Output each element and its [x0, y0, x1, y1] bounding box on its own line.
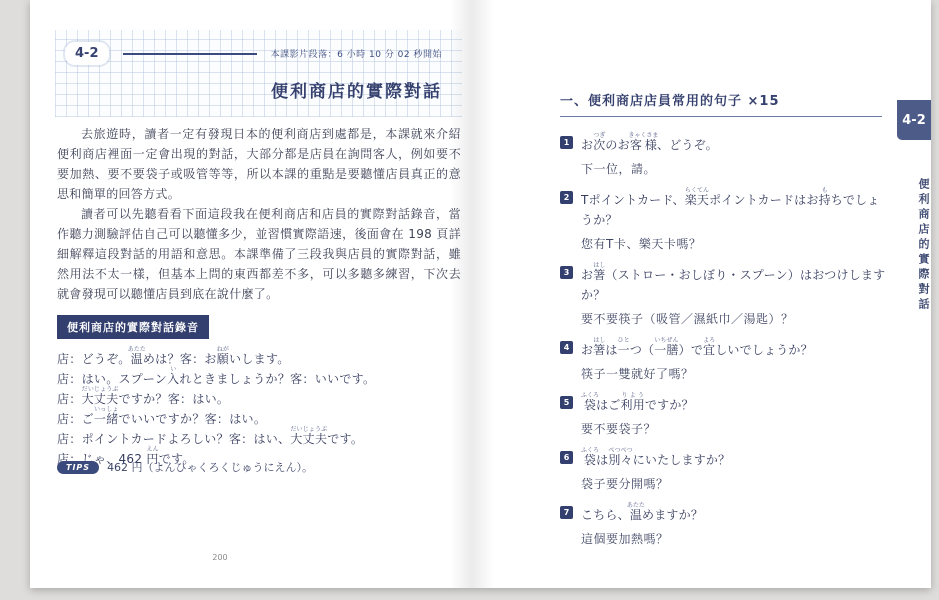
japanese-sentence: 袋ふくろは別々べつべつにいたしますか？ — [581, 447, 730, 470]
lesson-header: 4-2 本課影片段落：6 小時 10 分 02 秒開始 便利商店的實際對話 — [55, 30, 462, 117]
item-number-badge: 4 — [560, 341, 573, 354]
phrase-item: 1 お次つぎのお客様きゃくさま、どうぞ。 下一位，請。 — [560, 132, 890, 178]
phrase-item: 2 Tポイントカード、楽天らくてんポイントカードはお持もちでしょうか？ 您有T卡… — [560, 187, 890, 253]
chinese-translation: 要不要筷子（吸管／濕紙巾／湯匙）？ — [560, 311, 890, 328]
dialogue-line: 店：大丈夫だいじょうぶですか？客：はい。 — [57, 386, 461, 406]
chinese-translation: 筷子一雙就好了嗎？ — [560, 366, 890, 383]
item-number-badge: 3 — [560, 266, 573, 279]
header-divider-line — [123, 53, 257, 55]
phrase-item: 5 袋ふくろはご利用りようですか？ 要不要袋子？ — [560, 392, 890, 438]
dialogue-transcript: 店：どうぞ。温あたためは？客：お願ねがいします。 店：はい。スプーン入いれときま… — [57, 346, 461, 466]
intro-paragraph-2: 讀者可以先聽看看下面這段我在便利商店和店員的實際對話錄音，當作聽力測驗評估自己可… — [57, 204, 461, 304]
item-number-badge: 6 — [560, 451, 573, 464]
phrase-item: 7 こちら、温あたためますか？ 這個要加熱嗎？ — [560, 502, 890, 548]
item-number-badge: 7 — [560, 506, 573, 519]
video-segment-caption: 本課影片段落：6 小時 10 分 02 秒開始 — [271, 47, 442, 60]
page-number-left: 200 — [200, 553, 240, 562]
phrase-item: 6 袋ふくろは別々べつべつにいたしますか？ 袋子要分開嗎？ — [560, 447, 890, 493]
chinese-translation: 下一位，請。 — [560, 161, 890, 178]
phrase-item: 3 お箸はし（ストロー・おしぼり・スプーン）はおつけしますか？ 要不要筷子（吸管… — [560, 262, 890, 328]
japanese-sentence: 袋ふくろはご利用りようですか？ — [581, 392, 694, 415]
japanese-sentence: お箸はし（ストロー・おしぼり・スプーン）はおつけしますか？ — [581, 262, 890, 305]
japanese-sentence: Tポイントカード、楽天らくてんポイントカードはお持もちでしょうか？ — [581, 187, 890, 230]
intro-text: 去旅遊時，讀者一定有發現日本的便利商店到處都是，本課就來介紹便利商店裡面一定會出… — [57, 124, 461, 304]
item-number-badge: 2 — [560, 191, 573, 204]
japanese-sentence: こちら、温あたためますか？ — [581, 502, 703, 525]
item-number-badge: 1 — [560, 136, 573, 149]
dialogue-line: 店：ご一緒いっしょでいいですか？客：はい。 — [57, 406, 461, 426]
lesson-number-badge: 4-2 — [65, 42, 109, 65]
book-spread-photo: 4-2 本課影片段落：6 小時 10 分 02 秒開始 便利商店的實際對話 去旅… — [0, 0, 939, 600]
chapter-tab-badge: 4-2 — [897, 100, 931, 140]
japanese-sentence: お箸はしは一ひとつ（一膳いちぜん）で宜よろしいでしょうか？ — [581, 337, 813, 360]
chinese-translation: 您有T卡、樂天卡嗎？ — [560, 236, 890, 253]
phrase-list-heading: 一、便利商店店員常用的句子 ×15 — [560, 90, 882, 117]
lesson-title: 便利商店的實際對話 — [55, 77, 462, 102]
phrase-item: 4 お箸はしは一ひとつ（一膳いちぜん）で宜よろしいでしょうか？ 筷子一雙就好了嗎… — [560, 337, 890, 383]
tips-text: 462 円（よんひゃくろくじゅうにえん）。 — [107, 459, 313, 475]
tips-note: TIPS 462 円（よんひゃくろくじゅうにえん）。 — [57, 459, 313, 475]
dialogue-line: 店：はい。スプーン入いれときましょうか？客：いいです。 — [57, 366, 461, 386]
dialogue-line: 店：ポイントカードよろしい？客：はい、大丈夫だいじょうぶです。 — [57, 426, 461, 446]
dialogue-line: 店：どうぞ。温あたためは？客：お願ねがいします。 — [57, 346, 461, 366]
chapter-tab-title: 便利商店的實際對話 — [897, 150, 931, 340]
japanese-sentence: お次つぎのお客様きゃくさま、どうぞ。 — [581, 132, 718, 155]
intro-paragraph-1: 去旅遊時，讀者一定有發現日本的便利商店到處都是，本課就來介紹便利商店裡面一定會出… — [57, 124, 461, 204]
phrase-list: 1 お次つぎのお客様きゃくさま、どうぞ。 下一位，請。 2 Tポイントカード、楽… — [560, 132, 890, 557]
chinese-translation: 這個要加熱嗎？ — [560, 531, 890, 548]
tips-badge: TIPS — [57, 461, 99, 474]
open-book-spread: 4-2 本課影片段落：6 小時 10 分 02 秒開始 便利商店的實際對話 去旅… — [30, 0, 931, 588]
recording-section-label: 便利商店的實際對話錄音 — [57, 315, 209, 339]
item-number-badge: 5 — [560, 396, 573, 409]
chinese-translation: 袋子要分開嗎？ — [560, 476, 890, 493]
lesson-header-row: 4-2 本課影片段落：6 小時 10 分 02 秒開始 — [55, 42, 462, 65]
page-left: 4-2 本課影片段落：6 小時 10 分 02 秒開始 便利商店的實際對話 去旅… — [30, 0, 470, 588]
page-right: 一、便利商店店員常用的句子 ×15 1 お次つぎのお客様きゃくさま、どうぞ。 下… — [470, 0, 931, 588]
chinese-translation: 要不要袋子？ — [560, 421, 890, 438]
